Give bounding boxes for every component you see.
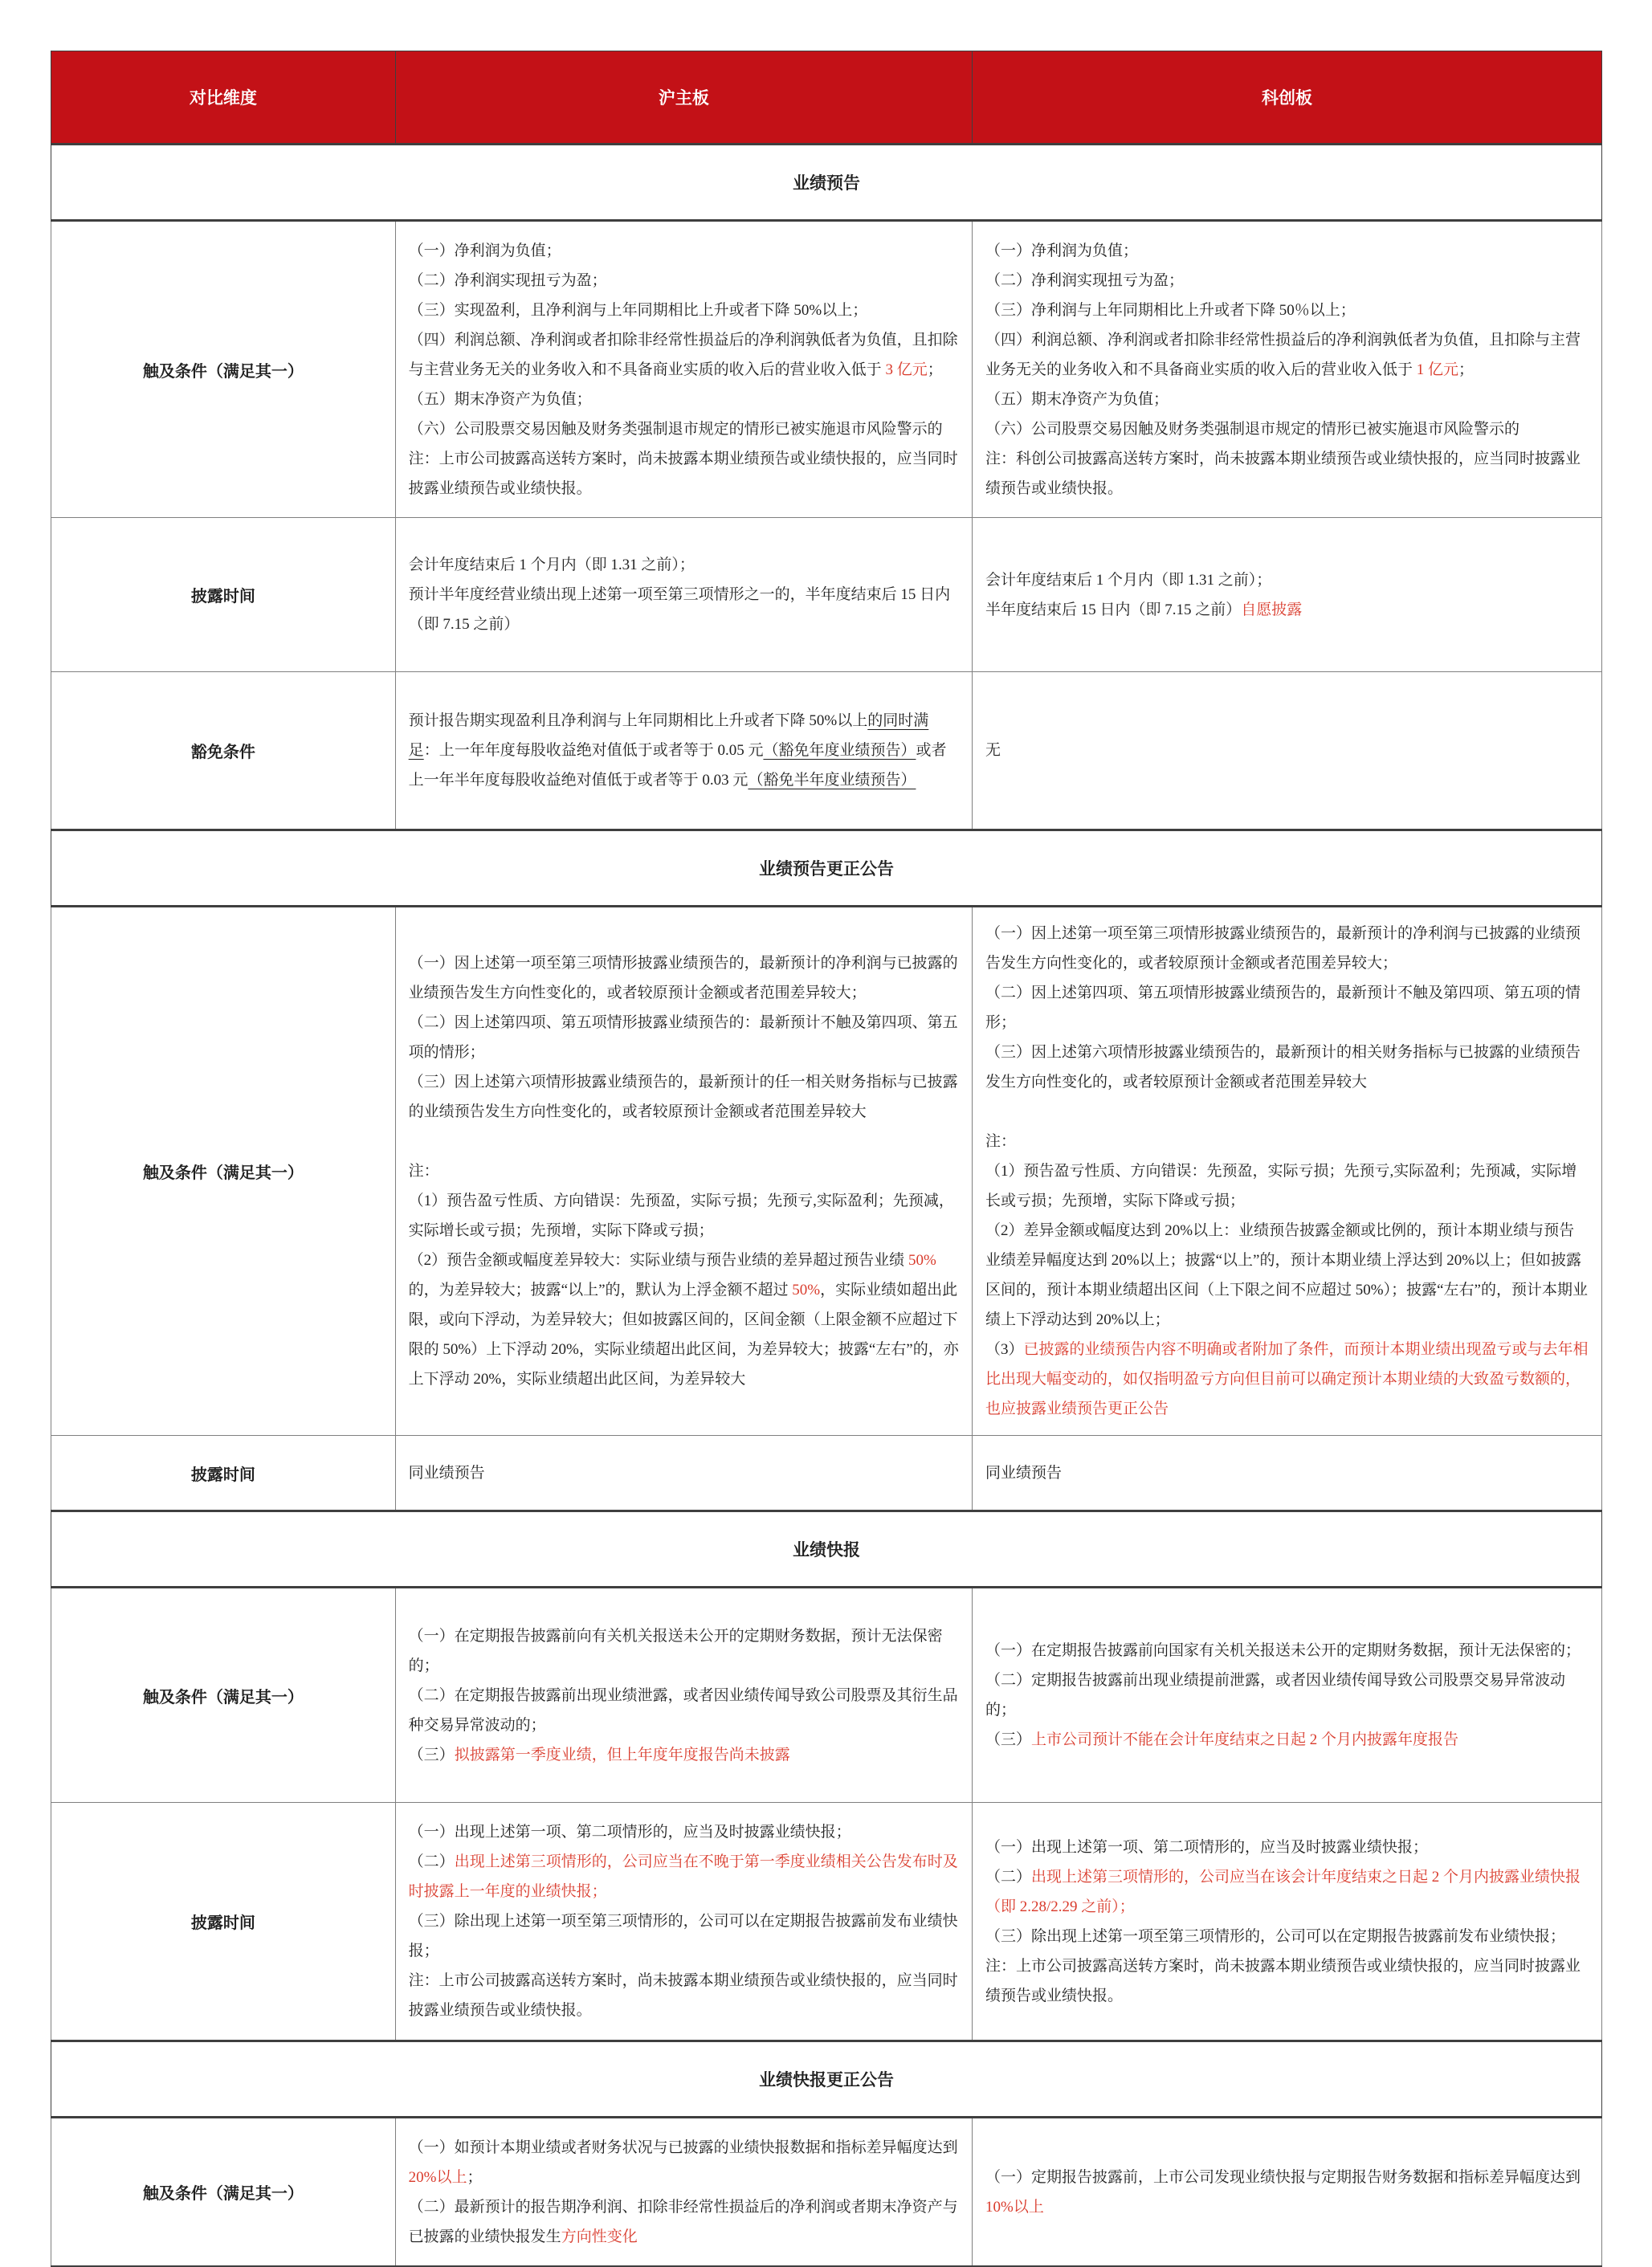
data-row: 披露时间会计年度结束后 1 个月内（即 1.31 之前）；预计半年度经营业绩出现… xyxy=(51,518,1602,672)
dimension-label: 披露时间 xyxy=(51,1436,396,1511)
paragraph: （一）出现上述第一项、第二项情形的，应当及时披露业绩快报； xyxy=(985,1833,1589,1862)
highlight-red-text: 方向性变化 xyxy=(561,2228,638,2245)
header-star-board: 科创板 xyxy=(973,51,1602,145)
paragraph: 注：科创公司披露高送转方案时，尚未披露本期业绩预告或业绩快报的，应当同时披露业绩… xyxy=(985,444,1589,504)
dimension-label: 触及条件（满足其一） xyxy=(51,907,396,1436)
star-board-cell: （一）因上述第一项至第三项情形披露业绩预告的，最新预计的净利润与已披露的业绩预告… xyxy=(973,907,1602,1436)
table-header: 对比维度 沪主板 科创板 xyxy=(51,51,1602,145)
main-board-cell: 会计年度结束后 1 个月内（即 1.31 之前）；预计半年度经营业绩出现上述第一… xyxy=(395,518,972,672)
paragraph: （2）差异金额或幅度达到 20%以上：业绩预告披露金额或比例的，预计本期业绩与预… xyxy=(985,1216,1589,1335)
paragraph: （六）公司股票交易因触及财务类强制退市规定的情形已被实施退市风险警示的 xyxy=(409,414,959,444)
paragraph: 注：上市公司披露高送转方案时，尚未披露本期业绩预告或业绩快报的，应当同时披露业绩… xyxy=(409,1966,959,2025)
paragraph: （一）因上述第一项至第三项情形披露业绩预告的，最新预计的净利润与已披露的业绩预告… xyxy=(985,919,1589,978)
paragraph: （1）预告盈亏性质、方向错误：先预盈，实际亏损；先预亏,实际盈利；先预减，实际增… xyxy=(409,1186,959,1246)
star-board-cell: （一）在定期报告披露前向国家有关机关报送未公开的定期财务数据，预计无法保密的；（… xyxy=(973,1588,1602,1803)
paragraph: （三）上市公司预计不能在会计年度结束之日起 2 个月内披露年度报告 xyxy=(985,1725,1589,1755)
paragraph: （三）除出现上述第一项至第三项情形的，公司可以在定期报告披露前发布业绩快报； xyxy=(985,1922,1589,1951)
main-board-cell: 同业绩预告 xyxy=(395,1436,972,1511)
highlight-red-text: 自愿披露 xyxy=(1241,601,1302,618)
main-board-cell: （一）净利润为负值；（二）净利润实现扭亏为盈；（三）实现盈利，且净利润与上年同期… xyxy=(395,221,972,518)
paragraph: （三）除出现上述第一项至第三项情形的，公司可以在定期报告披露前发布业绩快报； xyxy=(409,1906,959,1966)
paragraph: 会计年度结束后 1 个月内（即 1.31 之前）； xyxy=(409,550,959,580)
highlight-red-text: 50% xyxy=(908,1252,936,1269)
highlight-red-text: 1 亿元 xyxy=(1417,361,1458,378)
paragraph: （二）因上述第四项、第五项情形披露业绩预告的：最新预计不触及第四项、第五项的情形… xyxy=(409,1008,959,1067)
data-row: 触及条件（满足其一）（一）因上述第一项至第三项情形披露业绩预告的，最新预计的净利… xyxy=(51,907,1602,1436)
paragraph: 注：上市公司披露高送转方案时，尚未披露本期业绩预告或业绩快报的，应当同时披露业绩… xyxy=(985,1951,1589,2011)
paragraph: 半年度结束后 15 日内（即 7.15 之前）自愿披露 xyxy=(985,595,1589,625)
section-row: 业绩预告更正公告 xyxy=(51,830,1602,907)
dimension-label: 触及条件（满足其一） xyxy=(51,2118,396,2267)
paragraph: 会计年度结束后 1 个月内（即 1.31 之前）； xyxy=(985,565,1589,595)
comparison-table: 对比维度 沪主板 科创板 业绩预告触及条件（满足其一）（一）净利润为负值；（二）… xyxy=(51,51,1602,2267)
section-row: 业绩快报 xyxy=(51,1511,1602,1588)
section-title: 业绩预告更正公告 xyxy=(51,830,1602,907)
paragraph: （二）出现上述第三项情形的，公司应当在不晚于第一季度业绩相关公告发布时及时披露上… xyxy=(409,1847,959,1906)
star-board-cell: （一）出现上述第一项、第二项情形的，应当及时披露业绩快报；（二）出现上述第三项情… xyxy=(973,1803,1602,2041)
dimension-label: 披露时间 xyxy=(51,1803,396,2041)
paragraph: （一）如预计本期业绩或者财务状况与已披露的业绩快报数据和指标差异幅度达到 20%… xyxy=(409,2133,959,2192)
paragraph: （三）实现盈利，且净利润与上年同期相比上升或者下降 50%以上； xyxy=(409,296,959,325)
paragraph: （四）利润总额、净利润或者扣除非经常性损益后的净利润孰低者为负值，且扣除与主营业… xyxy=(985,325,1589,385)
page: 对比维度 沪主板 科创板 业绩预告触及条件（满足其一）（一）净利润为负值；（二）… xyxy=(0,0,1652,2056)
paragraph: （二）出现上述第三项情形的，公司应当在该会计年度结束之日起 2 个月内披露业绩快… xyxy=(985,1862,1589,1922)
paragraph: 无 xyxy=(985,736,1589,765)
dimension-label: 披露时间 xyxy=(51,518,396,672)
dimension-label: 触及条件（满足其一） xyxy=(51,221,396,518)
paragraph: （一）净利润为负值； xyxy=(409,236,959,266)
table-body: 业绩预告触及条件（满足其一）（一）净利润为负值；（二）净利润实现扭亏为盈；（三）… xyxy=(51,145,1602,2267)
main-board-cell: （一）如预计本期业绩或者财务状况与已披露的业绩快报数据和指标差异幅度达到 20%… xyxy=(395,2118,972,2267)
underlined-text: （豁免年度业绩预告） xyxy=(763,742,916,759)
paragraph xyxy=(985,1097,1589,1127)
star-board-cell: 同业绩预告 xyxy=(973,1436,1602,1511)
section-title: 业绩快报更正公告 xyxy=(51,2041,1602,2118)
star-board-cell: 会计年度结束后 1 个月内（即 1.31 之前）；半年度结束后 15 日内（即 … xyxy=(973,518,1602,672)
paragraph: 同业绩预告 xyxy=(409,1458,959,1488)
highlight-red-text: 出现上述第三项情形的，公司应当在不晚于第一季度业绩相关公告发布时及时披露上一年度… xyxy=(409,1853,958,1900)
header-main-board: 沪主板 xyxy=(395,51,972,145)
paragraph: 预计报告期实现盈利且净利润与上年同期相比上升或者下降 50%以上的同时满足：上一… xyxy=(409,706,959,795)
header-row: 对比维度 沪主板 科创板 xyxy=(51,51,1602,145)
paragraph: （三）因上述第六项情形披露业绩预告的，最新预计的相关财务指标与已披露的业绩预告发… xyxy=(985,1038,1589,1097)
paragraph: （二）净利润实现扭亏为盈； xyxy=(409,266,959,296)
paragraph: （五）期末净资产为负值； xyxy=(985,385,1589,414)
data-row: 豁免条件预计报告期实现盈利且净利润与上年同期相比上升或者下降 50%以上的同时满… xyxy=(51,672,1602,830)
underlined-text: （豁免半年度业绩预告） xyxy=(748,772,916,789)
paragraph: （一）在定期报告披露前向国家有关机关报送未公开的定期财务数据，预计无法保密的； xyxy=(985,1636,1589,1666)
data-row: 触及条件（满足其一）（一）如预计本期业绩或者财务状况与已披露的业绩快报数据和指标… xyxy=(51,2118,1602,2267)
highlight-red-text: 出现上述第三项情形的，公司应当在该会计年度结束之日起 2 个月内披露业绩快报（即… xyxy=(985,1869,1581,1915)
highlight-red-text: 3 亿元 xyxy=(885,361,927,378)
star-board-cell: （一）定期报告披露前，上市公司发现业绩快报与定期报告财务数据和指标差异幅度达到 … xyxy=(973,2118,1602,2267)
paragraph: （二）定期报告披露前出现业绩提前泄露，或者因业绩传闻导致公司股票交易异常波动的； xyxy=(985,1666,1589,1725)
paragraph: （二）净利润实现扭亏为盈； xyxy=(985,266,1589,296)
paragraph: 预计半年度经营业绩出现上述第一项至第三项情形之一的，半年度结束后 15 日内（即… xyxy=(409,580,959,639)
paragraph: 注： xyxy=(985,1127,1589,1156)
data-row: 披露时间同业绩预告同业绩预告 xyxy=(51,1436,1602,1511)
paragraph: （1）预告盈亏性质、方向错误：先预盈，实际亏损；先预亏,实际盈利；先预减，实际增… xyxy=(985,1156,1589,1216)
paragraph: （2）预告金额或幅度差异较大：实际业绩与预告业绩的差异超过预告业绩 50%的，为… xyxy=(409,1246,959,1394)
highlight-red-text: 20%以上 xyxy=(409,2169,467,2186)
paragraph: （一）定期报告披露前，上市公司发现业绩快报与定期报告财务数据和指标差异幅度达到 … xyxy=(985,2163,1589,2222)
highlight-red-text: 50% xyxy=(792,1282,820,1299)
paragraph: （二）在定期报告披露前出现业绩泄露，或者因业绩传闻导致公司股票及其衍生品种交易异… xyxy=(409,1681,959,1740)
paragraph: （一）在定期报告披露前向有关机关报送未公开的定期财务数据，预计无法保密的； xyxy=(409,1621,959,1681)
paragraph xyxy=(409,1127,959,1156)
paragraph: （三）净利润与上年同期相比上升或者下降 50％以上； xyxy=(985,296,1589,325)
main-board-cell: （一）因上述第一项至第三项情形披露业绩预告的，最新预计的净利润与已披露的业绩预告… xyxy=(395,907,972,1436)
paragraph: 同业绩预告 xyxy=(985,1458,1589,1488)
paragraph: （一）出现上述第一项、第二项情形的，应当及时披露业绩快报； xyxy=(409,1817,959,1847)
header-dimension: 对比维度 xyxy=(51,51,396,145)
data-row: 触及条件（满足其一）（一）在定期报告披露前向有关机关报送未公开的定期财务数据，预… xyxy=(51,1588,1602,1803)
paragraph: （三）因上述第六项情形披露业绩预告的，最新预计的任一相关财务指标与已披露的业绩预… xyxy=(409,1067,959,1127)
main-board-cell: （一）出现上述第一项、第二项情形的，应当及时披露业绩快报；（二）出现上述第三项情… xyxy=(395,1803,972,2041)
section-row: 业绩快报更正公告 xyxy=(51,2041,1602,2118)
star-board-cell: 无 xyxy=(973,672,1602,830)
highlight-red-text: 10%以上 xyxy=(985,2199,1044,2216)
paragraph: （3）已披露的业绩预告内容不明确或者附加了条件，而预计本期业绩出现盈亏或与去年相… xyxy=(985,1335,1589,1424)
paragraph: 注：上市公司披露高送转方案时，尚未披露本期业绩预告或业绩快报的，应当同时披露业绩… xyxy=(409,444,959,504)
paragraph: （一）净利润为负值； xyxy=(985,236,1589,266)
comparison-table-wrap: 对比维度 沪主板 科创板 业绩预告触及条件（满足其一）（一）净利润为负值；（二）… xyxy=(51,51,1602,2267)
dimension-label: 触及条件（满足其一） xyxy=(51,1588,396,1803)
main-board-cell: 预计报告期实现盈利且净利润与上年同期相比上升或者下降 50%以上的同时满足：上一… xyxy=(395,672,972,830)
highlight-red-text: 拟披露第一季度业绩，但上年度年度报告尚未披露 xyxy=(455,1747,790,1763)
paragraph: （四）利润总额、净利润或者扣除非经常性损益后的净利润孰低者为负值，且扣除与主营业… xyxy=(409,325,959,385)
paragraph: （二）最新预计的报告期净利润、扣除非经常性损益后的净利润或者期末净资产与已披露的… xyxy=(409,2192,959,2252)
dimension-label: 豁免条件 xyxy=(51,672,396,830)
section-title: 业绩预告 xyxy=(51,145,1602,221)
star-board-cell: （一）净利润为负值；（二）净利润实现扭亏为盈；（三）净利润与上年同期相比上升或者… xyxy=(973,221,1602,518)
paragraph: （六）公司股票交易因触及财务类强制退市规定的情形已被实施退市风险警示的 xyxy=(985,414,1589,444)
main-board-cell: （一）在定期报告披露前向有关机关报送未公开的定期财务数据，预计无法保密的；（二）… xyxy=(395,1588,972,1803)
highlight-red-text: 已披露的业绩预告内容不明确或者附加了条件，而预计本期业绩出现盈亏或与去年相比出现… xyxy=(985,1341,1589,1417)
highlight-red-text: 上市公司预计不能在会计年度结束之日起 2 个月内披露年度报告 xyxy=(1031,1731,1458,1748)
paragraph: （五）期末净资产为负值； xyxy=(409,385,959,414)
data-row: 触及条件（满足其一）（一）净利润为负值；（二）净利润实现扭亏为盈；（三）实现盈利… xyxy=(51,221,1602,518)
section-row: 业绩预告 xyxy=(51,145,1602,221)
data-row: 披露时间（一）出现上述第一项、第二项情形的，应当及时披露业绩快报；（二）出现上述… xyxy=(51,1803,1602,2041)
paragraph: 注： xyxy=(409,1156,959,1186)
paragraph: （二）因上述第四项、第五项情形披露业绩预告的，最新预计不触及第四项、第五项的情形… xyxy=(985,978,1589,1038)
paragraph: （一）因上述第一项至第三项情形披露业绩预告的，最新预计的净利润与已披露的业绩预告… xyxy=(409,948,959,1008)
paragraph: （三）拟披露第一季度业绩，但上年度年度报告尚未披露 xyxy=(409,1740,959,1770)
section-title: 业绩快报 xyxy=(51,1511,1602,1588)
